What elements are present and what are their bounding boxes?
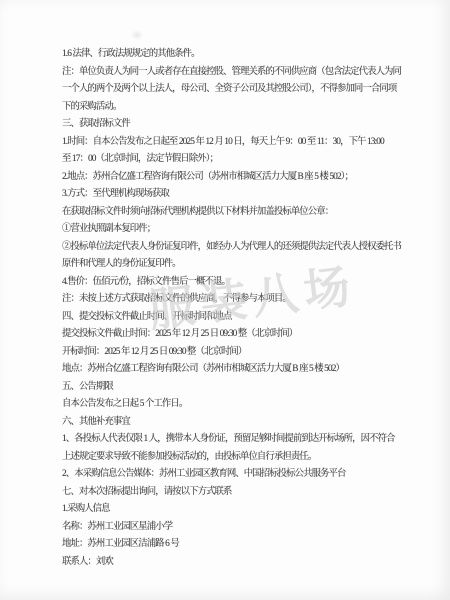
text-line: 1.采购人信息 <box>62 501 398 519</box>
text-line: 七、对本次招标提出询问，请按以下方式联系 <box>62 484 398 502</box>
text-line: 地点：苏州合亿盛工程咨询有限公司（苏州市相城区活力大厦 B 座 5 楼 502） <box>62 361 398 379</box>
text-line: 1.时间：自本公告发布之日起至 2025 年 12 月 10 日，每天上午 9：… <box>62 134 398 152</box>
text-line: 1、各投标人代表仅限 1 人，携带本人身份证，预留足够时间提前到达开标场所，因不… <box>62 431 398 449</box>
document-text: 1.6 法律、行政法规规定的其他条件。注：单位负责人为同一人或者存在直接控股、管… <box>62 46 398 571</box>
text-line: 上述规定要求导致不能参加投标活动的，由投标单位自行承担责任。 <box>62 449 398 467</box>
text-line: 至 17：00（北京时间，法定节假日除外）； <box>62 151 398 169</box>
text-line: 开标时间：2025 年 12 月 25 日 09:30 整（北京时间） <box>62 344 398 362</box>
text-line: 3.方式：至代理机构现场获取 <box>62 186 398 204</box>
text-line: 1.6 法律、行政法规规定的其他条件。 <box>62 46 398 64</box>
text-line: 下的采购活动。 <box>62 99 398 117</box>
text-line: 原件和代理人的身份证复印件。 <box>62 256 398 274</box>
document-page: 1.6 法律、行政法规规定的其他条件。注：单位负责人为同一人或者存在直接控股、管… <box>0 0 450 600</box>
text-line: 自本公告发布之日起 5 个工作日。 <box>62 396 398 414</box>
text-line: 名称：苏州工业园区星浦小学 <box>62 519 398 537</box>
text-line: 注：未按上述方式获取招标文件的供应商，不得参与本项目。 <box>62 291 398 309</box>
text-line: 一个人的两个及两个以上法人，母公司、全资子公司及其控股公司），不得参加同一合同项 <box>62 81 398 99</box>
text-line: 提交投标文件截止时间：2025 年 12 月 25 日 09:30 整（北京时间… <box>62 326 398 344</box>
text-line: 五、公告期限 <box>62 379 398 397</box>
text-line: 联系人：刘欢 <box>62 554 398 572</box>
scan-smudge <box>133 32 141 38</box>
text-line: 四、提交投标文件截止时间、开标时间和地点 <box>62 309 398 327</box>
text-line: 地址：苏州工业园区洁浦路 6 号 <box>62 536 398 554</box>
text-line: ②投标单位法定代表人身份证复印件，如经办人为代理人的还须提供法定代表人授权委托书 <box>62 239 398 257</box>
text-line: 注：单位负责人为同一人或者存在直接控股、管理关系的不同供应商（包含法定代表人为同 <box>62 64 398 82</box>
text-line: 在获取招标文件时须向招标代理机构提供以下材料并加盖投标单位公章： <box>62 204 398 222</box>
text-line: 4.售价：伍佰元/份，招标文件售后一概不退。 <box>62 274 398 292</box>
text-line: ①营业执照副本复印件； <box>62 221 398 239</box>
text-line: 三、获取招标文件 <box>62 116 398 134</box>
text-line: 六、其他补充事宜 <box>62 414 398 432</box>
text-line: 2、本采购信息公告媒体：苏州工业园区教育网、中国招标投标公共服务平台 <box>62 466 398 484</box>
text-line: 2.地点：苏州合亿盛工程咨询有限公司（苏州市相城区活力大厦 B 座 5 楼 50… <box>62 169 398 187</box>
